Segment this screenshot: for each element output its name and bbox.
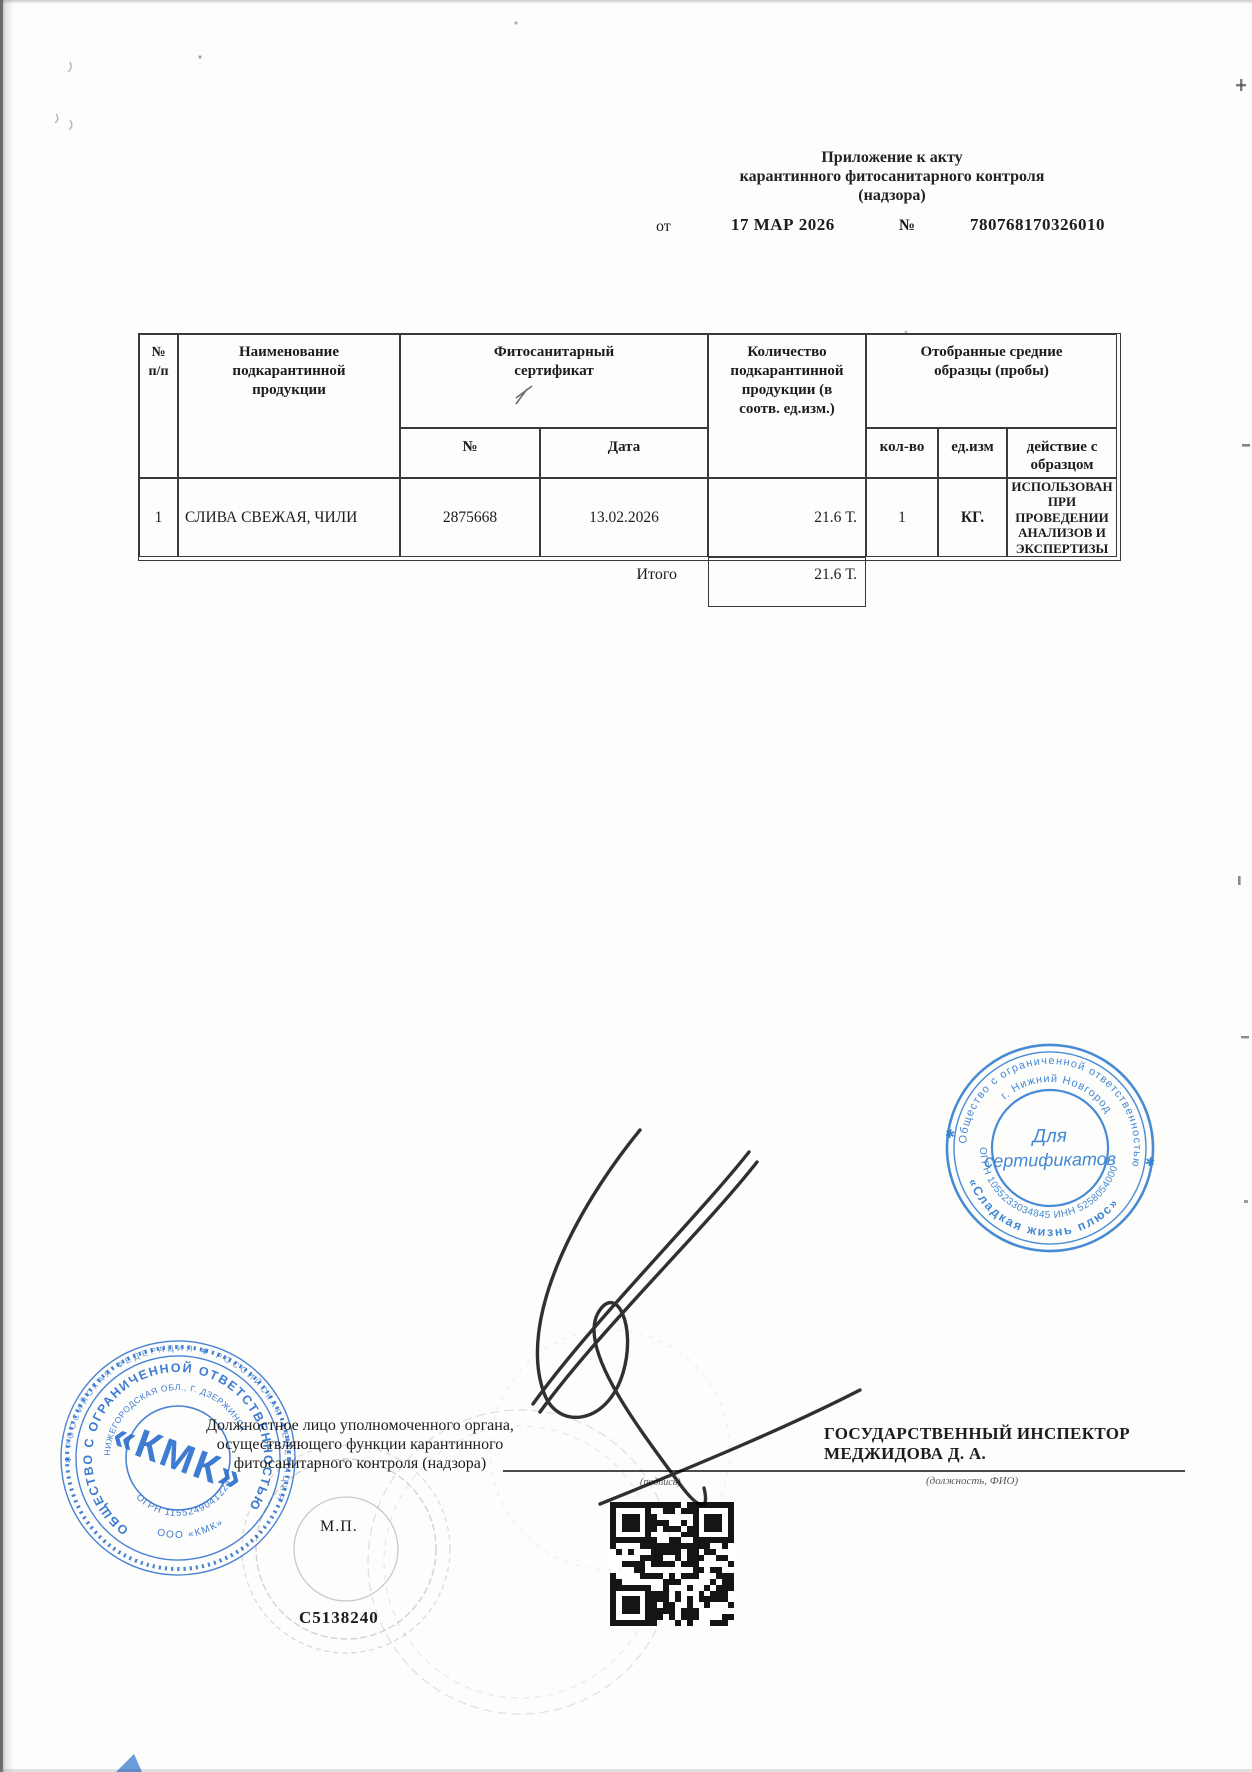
stamp-center-line1: Для xyxy=(1030,1126,1067,1148)
qr-module xyxy=(728,1602,734,1608)
signature-stroke xyxy=(537,1130,705,1505)
number-label: № xyxy=(899,217,915,235)
scan-speck xyxy=(198,55,201,58)
stamp-center-line2: сертификатов xyxy=(984,1149,1116,1171)
row-cell-sample-unit: КГ. xyxy=(938,478,1007,557)
date-from-label: от xyxy=(656,218,671,236)
qr-module xyxy=(687,1620,693,1626)
row-cell-cert-no: 2875668 xyxy=(400,478,540,557)
qr-module xyxy=(693,1614,699,1620)
inspector-title: ГОСУДАРСТВЕННЫЙ ИНСПЕКТОР xyxy=(824,1424,1204,1444)
qr-module xyxy=(651,1526,657,1532)
edge-mark xyxy=(1242,444,1250,447)
qr-module xyxy=(716,1526,722,1532)
company-round-stamp-right: Общество с ограниченной ответственностью… xyxy=(920,1018,1180,1278)
qr-module xyxy=(669,1561,675,1567)
qr-module xyxy=(728,1561,734,1567)
qr-module xyxy=(722,1543,728,1549)
stamp-ring-top-text: Общество с ограниченной ответственностью xyxy=(957,1043,1155,1169)
title-line-3: (надзора) xyxy=(642,186,1142,205)
qr-module xyxy=(675,1620,681,1626)
subheader-sample-unit: ед.изм xyxy=(938,428,1007,478)
qr-module xyxy=(657,1614,663,1620)
document-title: Приложение к акту карантинного фитосанит… xyxy=(642,148,1142,205)
qr-module xyxy=(651,1620,657,1626)
handwritten-signature xyxy=(440,1090,960,1550)
scan-speck xyxy=(55,114,58,123)
col-header-samples: Отобранные средние образцы (пробы) xyxy=(866,334,1117,428)
qr-module xyxy=(669,1508,675,1514)
document-number: 780768170326010 xyxy=(970,215,1105,235)
qr-module xyxy=(704,1602,710,1608)
qr-code xyxy=(610,1502,734,1626)
position-caption: (должность, ФИО) xyxy=(926,1475,1018,1487)
qr-module xyxy=(687,1585,693,1591)
signature-line xyxy=(503,1470,1185,1472)
document-date-stamp: 17 МАР 2026 xyxy=(731,215,835,235)
subheader-cert-no: № xyxy=(400,428,540,478)
scan-speck xyxy=(69,120,72,130)
qr-module xyxy=(728,1537,734,1543)
stamp-code: С5138240 xyxy=(299,1608,379,1628)
total-value-box: 21.6 Т. xyxy=(708,557,866,607)
col-header-certificate: Фитосанитарный сертификат xyxy=(400,334,708,428)
stamp2-ring-ogrn-text: ОГРН 1155249041224 xyxy=(133,1476,239,1527)
qr-module xyxy=(728,1614,734,1620)
signature-caption: (подпись) xyxy=(640,1477,681,1488)
subheader-cert-date: Дата xyxy=(540,428,708,478)
row-cell-product: СЛИВА СВЕЖАЯ, ЧИЛИ xyxy=(178,478,400,557)
qr-module xyxy=(634,1526,640,1532)
scan-edge-shadow-top xyxy=(0,0,1252,4)
qr-module xyxy=(628,1549,634,1555)
scan-edge-line-left xyxy=(0,0,3,1772)
stamp-inner-circle xyxy=(984,1082,1115,1213)
stamp-outer-circle xyxy=(934,1032,1167,1265)
stamp-ring-numbers-text: ОГРН 1055233034845 ИНН 5258054000 xyxy=(968,1145,1121,1230)
row-cell-num: 1 xyxy=(139,478,178,557)
row-cell-cert-date: 13.02.2026 xyxy=(540,478,708,557)
stamp2-ring-company-text: ООО «КМК» xyxy=(154,1516,227,1546)
scan-speck xyxy=(514,21,517,24)
col-header-product: Наименование подкарантинной продукции xyxy=(178,334,400,478)
stamp-ring-bottom-text: «Сладкая жизнь плюс» xyxy=(959,1175,1123,1250)
stamp-outer-circle-2 xyxy=(942,1040,1159,1257)
inspector-block: ГОСУДАРСТВЕННЫЙ ИНСПЕКТОР МЕДЖИДОВА Д. А… xyxy=(824,1424,1204,1464)
inspector-name: МЕДЖИДОВА Д. А. xyxy=(824,1444,1204,1464)
subheader-sample-qty: кол-во xyxy=(866,428,938,478)
signature-stroke xyxy=(600,1390,860,1504)
mp-seal-label: М.П. xyxy=(320,1518,358,1536)
row-cell-sample-action: ИСПОЛЬЗОВАН ПРИ ПРОВЕДЕНИИ АНАЛИЗОВ И ЭК… xyxy=(1007,478,1117,557)
faint-seal-ring xyxy=(294,1497,398,1601)
edge-mark xyxy=(1240,79,1242,91)
col-header-quantity: Количество подкарантинной продукции (в с… xyxy=(708,334,866,478)
official-role-text: Должностное лицо уполномоченного органа,… xyxy=(160,1416,560,1473)
qr-module xyxy=(675,1596,681,1602)
row-cell-quantity: 21.6 Т. xyxy=(708,478,866,557)
signature-stroke xyxy=(540,1162,757,1412)
qr-module xyxy=(675,1579,681,1585)
title-line-1: Приложение к акту xyxy=(642,148,1142,167)
qr-module xyxy=(728,1585,734,1591)
qr-module xyxy=(634,1608,640,1614)
col-header-num: № п/п xyxy=(139,334,178,478)
scan-speck xyxy=(68,62,71,72)
qr-module xyxy=(699,1567,705,1573)
edge-mark xyxy=(1244,1200,1248,1203)
stamp-star-right: ✱ xyxy=(1144,1154,1156,1169)
row-cell-sample-qty: 1 xyxy=(866,478,938,557)
qr-module xyxy=(693,1573,699,1579)
edge-mark xyxy=(1241,1036,1249,1038)
signature-stroke xyxy=(533,1152,749,1404)
qr-module xyxy=(722,1620,728,1626)
scanned-document-page: { "document": { "title_line1": "Приложен… xyxy=(0,0,1252,1772)
stamp-ring-city-text: г. Нижний Новгород xyxy=(998,1066,1118,1118)
qr-module xyxy=(616,1549,622,1555)
subheader-sample-action: действие с образцом xyxy=(1007,428,1117,478)
edge-mark xyxy=(1236,84,1246,86)
qr-module xyxy=(699,1555,705,1561)
total-label: Итого xyxy=(517,566,677,584)
edge-mark xyxy=(1238,876,1241,885)
stamp-star-left: ✱ xyxy=(944,1126,956,1141)
title-line-2: карантинного фитосанитарного контроля xyxy=(642,167,1142,186)
